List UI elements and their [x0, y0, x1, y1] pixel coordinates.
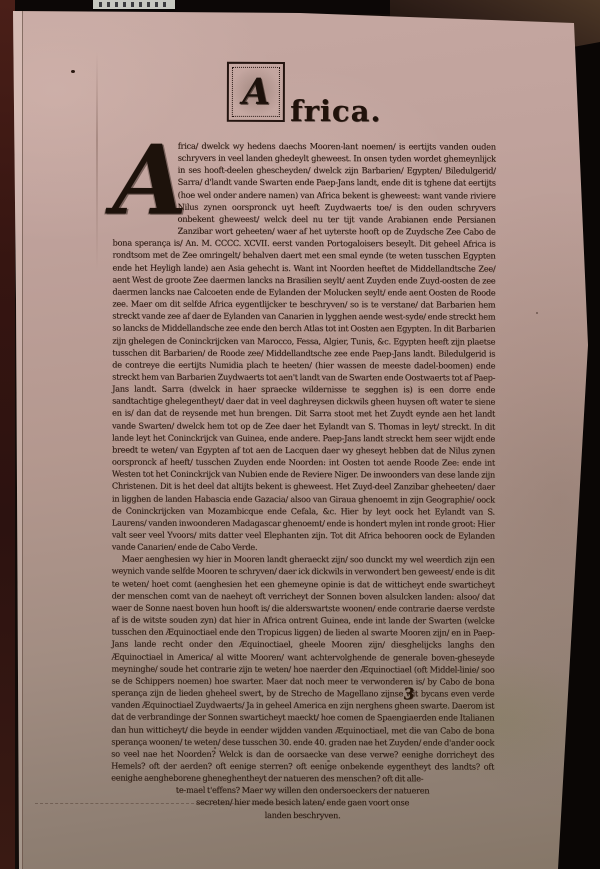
body-text-block: A frica/ dwelck wy hedens daechs Mooren-… [111, 140, 496, 822]
woodcut-initial-A: A [227, 62, 285, 122]
closing-taper: te-mael t'effens? Maer wy willen den ond… [111, 784, 494, 821]
chapter-title-text: frica. [290, 97, 381, 126]
shelf-label [93, 0, 175, 9]
page-content: A frica. A frica/ dwelck wy hedens daech… [0, 0, 600, 869]
closing-line: secreten/ hier mede besich laten/ ende g… [111, 796, 494, 809]
chapter-heading: A frica. [113, 52, 496, 123]
closing-line: landen beschryven. [111, 808, 494, 821]
closing-line: te-mael t'effens? Maer wy willen den ond… [111, 784, 494, 797]
paragraph-2: Maer aenghesien wy hier in Mooren landt … [111, 553, 495, 785]
book-spine-gutter [0, 0, 15, 869]
book-page: A frica. A frica/ dwelck wy hedens daech… [0, 0, 600, 869]
ornate-drop-cap-A: A [113, 143, 171, 229]
shelf-label-illegible-text [99, 2, 169, 7]
page-number: 3 [402, 684, 415, 703]
book-photo: A frica. A frica/ dwelck wy hedens daech… [0, 0, 600, 869]
